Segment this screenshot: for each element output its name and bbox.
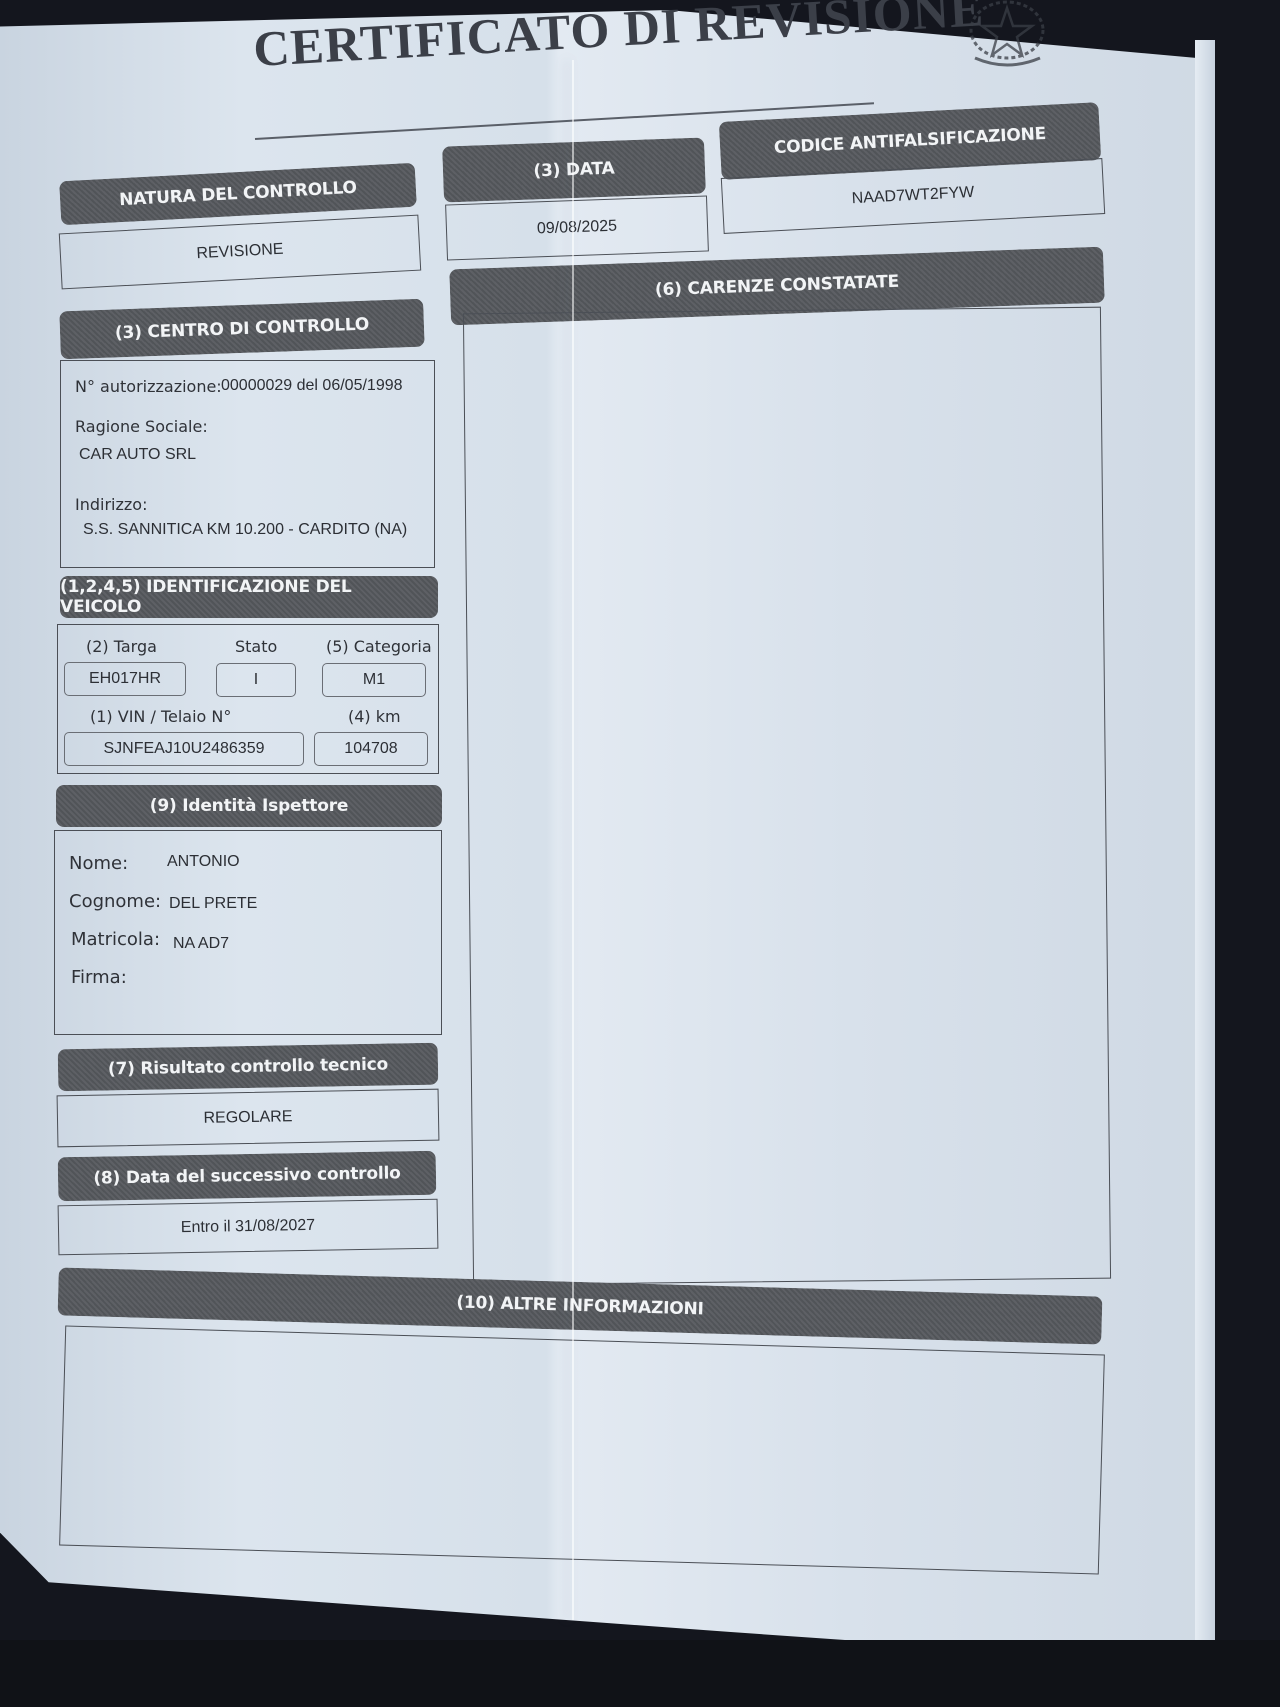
centro-controllo-box: N° autorizzazione: 00000029 del 06/05/19… bbox=[60, 360, 435, 568]
km-label: (4) km bbox=[348, 707, 401, 726]
risultato-field: REGOLARE bbox=[57, 1089, 440, 1148]
data-value: 09/08/2025 bbox=[537, 218, 618, 239]
natura-controllo-header-text: NATURA DEL CONTROLLO bbox=[119, 178, 358, 210]
ispettore-box: Nome: ANTONIO Cognome: DEL PRETE Matrico… bbox=[54, 830, 442, 1035]
altre-informazioni-box bbox=[59, 1326, 1105, 1575]
successivo-value: Entro il 31/08/2027 bbox=[181, 1217, 316, 1237]
altre-informazioni-header-text: (10) ALTRE INFORMAZIONI bbox=[456, 1293, 704, 1320]
data-field: 09/08/2025 bbox=[445, 195, 709, 260]
categoria-value: M1 bbox=[322, 663, 426, 697]
natura-controllo-value: REVISIONE bbox=[196, 241, 284, 264]
cognome-label: Cognome: bbox=[69, 891, 161, 912]
targa-value: EH017HR bbox=[64, 662, 186, 696]
ragione-sociale-value: CAR AUTO SRL bbox=[79, 446, 196, 464]
risultato-header-text: (7) Risultato controllo tecnico bbox=[108, 1055, 388, 1080]
vin-label: (1) VIN / Telaio N° bbox=[90, 707, 231, 726]
nome-value: ANTONIO bbox=[167, 853, 240, 871]
cognome-value: DEL PRETE bbox=[169, 895, 257, 913]
ispettore-header-text: (9) Identità Ispettore bbox=[150, 796, 348, 816]
data-header: (3) DATA bbox=[442, 137, 706, 202]
stato-label: Stato bbox=[235, 637, 277, 656]
matricola-value: NA AD7 bbox=[173, 935, 229, 953]
background-surface bbox=[0, 1640, 1280, 1707]
ragione-sociale-label: Ragione Sociale: bbox=[75, 417, 208, 436]
vin-value: SJNFEAJ10U2486359 bbox=[64, 732, 304, 766]
paper-edge bbox=[1195, 40, 1215, 1660]
paper-fold bbox=[572, 60, 574, 1620]
carenze-header-text: (6) CARENZE CONSTATATE bbox=[655, 272, 900, 301]
targa-label: (2) Targa bbox=[86, 637, 157, 656]
veicolo-box: (2) Targa Stato (5) Categoria EH017HR I … bbox=[57, 624, 439, 774]
nome-label: Nome: bbox=[69, 853, 128, 874]
autorizzazione-label: N° autorizzazione: bbox=[75, 377, 222, 396]
autorizzazione-value: 00000029 del 06/05/1998 bbox=[221, 377, 403, 395]
indirizzo-label: Indirizzo: bbox=[75, 495, 147, 514]
risultato-value: REGOLARE bbox=[203, 1108, 292, 1128]
successivo-header-text: (8) Data del successivo controllo bbox=[93, 1163, 401, 1188]
firma-label: Firma: bbox=[71, 967, 127, 988]
codice-value: NAAD7WT2FYW bbox=[851, 184, 974, 208]
successivo-header: (8) Data del successivo controllo bbox=[58, 1151, 437, 1202]
km-value: 104708 bbox=[314, 732, 428, 766]
italian-republic-emblem-icon bbox=[960, 0, 1055, 72]
ispettore-header: (9) Identità Ispettore bbox=[56, 785, 442, 827]
veicolo-header: (1,2,4,5) IDENTIFICAZIONE DEL VEICOLO bbox=[60, 576, 438, 618]
stato-value: I bbox=[216, 663, 296, 697]
indirizzo-value: S.S. SANNITICA KM 10.200 - CARDITO (NA) bbox=[83, 521, 407, 539]
centro-controllo-header-text: (3) CENTRO DI CONTROLLO bbox=[115, 315, 370, 344]
codice-header-text: CODICE ANTIFALSIFICAZIONE bbox=[773, 124, 1046, 158]
veicolo-header-text: (1,2,4,5) IDENTIFICAZIONE DEL VEICOLO bbox=[60, 577, 438, 617]
categoria-label: (5) Categoria bbox=[326, 637, 432, 656]
carenze-box bbox=[463, 307, 1111, 1286]
matricola-label: Matricola: bbox=[71, 929, 160, 950]
risultato-header: (7) Risultato controllo tecnico bbox=[58, 1043, 439, 1092]
successivo-field: Entro il 31/08/2027 bbox=[58, 1199, 439, 1256]
